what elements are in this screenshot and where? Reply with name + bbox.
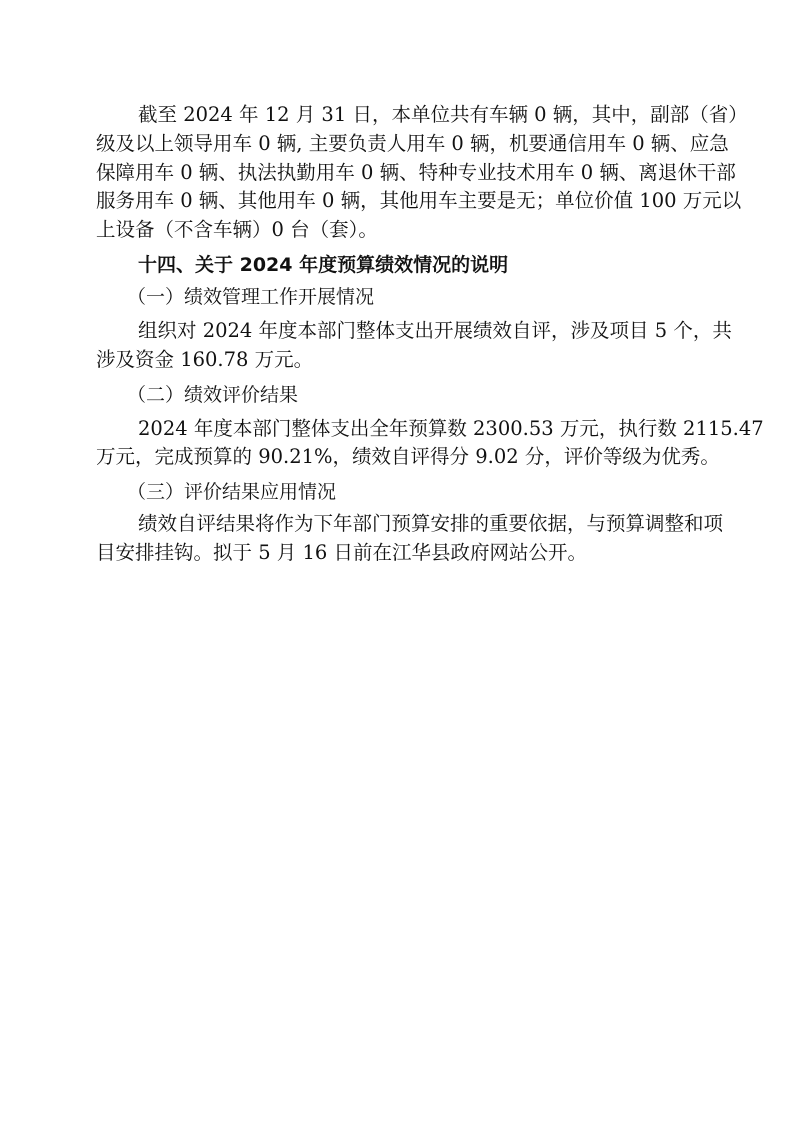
subsection-heading: （三）评价结果应用情况 <box>127 480 336 504</box>
paragraph-line: 绩效自评结果将作为下年部门预算安排的重要依据，与预算调整和项 <box>138 512 698 536</box>
paragraph-line: 2024 年度本部门整体支出全年预算数 2300.53 万元，执行数 2115.… <box>138 417 698 441</box>
paragraph-line: 万元，完成预算的 90.21%，绩效自评得分 9.02 分，评价等级为优秀。 <box>96 445 698 469</box>
subsection-heading: （一）绩效管理工作开展情况 <box>127 285 374 309</box>
paragraph-line: 组织对 2024 年度本部门整体支出开展绩效自评，涉及项目 5 个，共 <box>138 319 698 343</box>
section-heading: 十四、关于 2024 年度预算绩效情况的说明 <box>138 253 508 277</box>
paragraph-line: 截至 2024 年 12 月 31 日，本单位共有车辆 0 辆，其中，副部（省） <box>138 103 698 127</box>
paragraph-line: 目安排挂钩。拟于 5 月 16 日前在江华县政府网站公开。 <box>96 541 698 565</box>
paragraph-line: 涉及资金 160.78 万元。 <box>96 348 698 372</box>
paragraph-line: 上设备（不含车辆）0 台（套）。 <box>96 218 698 242</box>
subsection-heading: （二）绩效评价结果 <box>127 383 298 407</box>
paragraph-line: 保障用车 0 辆、执法执勤用车 0 辆、特种专业技术用车 0 辆、离退休干部 <box>96 161 698 185</box>
paragraph-line: 服务用车 0 辆、其他用车 0 辆，其他用车主要是无；单位价值 100 万元以 <box>96 189 698 213</box>
paragraph-line: 级及以上领导用车 0 辆, 主要负责人用车 0 辆，机要通信用车 0 辆、应急 <box>96 132 698 156</box>
